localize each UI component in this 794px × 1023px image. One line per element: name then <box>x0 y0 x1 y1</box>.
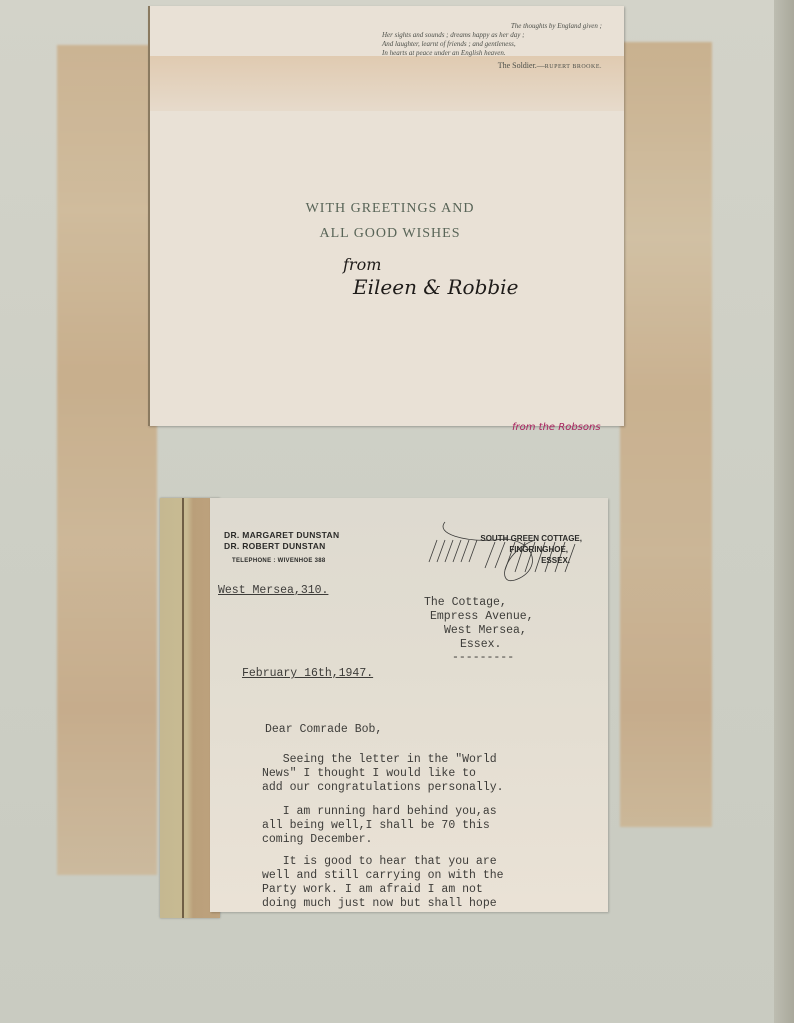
paragraph-line: News" I thought I would like to <box>262 766 476 781</box>
poem-title: The Soldier.— <box>498 61 545 70</box>
page-edge <box>774 0 794 1023</box>
poem-author: RUPERT BROOKE. <box>545 64 602 70</box>
greeting-line: WITH GREETINGS AND <box>290 196 490 221</box>
glue-stain-left <box>57 45 157 875</box>
signature-from: from <box>343 254 518 276</box>
paragraph-line: It is good to hear that you are <box>262 854 497 869</box>
paragraph-line: coming December. <box>262 832 372 847</box>
recipient-address-line: The Cottage, <box>424 595 507 610</box>
poem-line: The thoughts by England given ; <box>382 22 602 31</box>
typed-letter: DR. MARGARET DUNSTAN DR. ROBERT DUNSTAN … <box>210 498 608 912</box>
letterhead-address: SOUTH GREEN COTTAGE, FINGRINGHOE, ESSEX. <box>432 533 582 566</box>
paragraph-line: well and still carrying on with the <box>262 868 504 883</box>
poem-attribution: The Soldier.—RUPERT BROOKE. <box>382 61 602 72</box>
address-rule: --------- <box>452 650 514 665</box>
letterhead-address-line: FINGRINGHOE, <box>432 544 568 555</box>
letterhead-name: DR. MARGARET DUNSTAN <box>224 530 339 541</box>
paragraph-line: Seeing the letter in the "World <box>262 752 497 767</box>
poem-line: Her sights and sounds ; dreams happy as … <box>382 31 602 40</box>
letterhead-telephone: TELEPHONE : WIVENHOE 388 <box>232 558 326 564</box>
handwritten-signature: from Eileen & Robbie <box>335 254 518 298</box>
typed-phone: West Mersea,310. <box>218 583 328 598</box>
salutation: Dear Comrade Bob, <box>265 722 382 737</box>
paragraph-line: add our congratulations personally. <box>262 780 504 795</box>
letter-date: February 16th,1947. <box>242 666 373 681</box>
letterhead-address-line: SOUTH GREEN COTTAGE, <box>432 533 582 544</box>
greeting-card: The thoughts by England given ; Her sigh… <box>148 6 624 426</box>
letterhead-address-line: ESSEX. <box>432 555 570 566</box>
greeting-line: ALL GOOD WISHES <box>290 221 490 246</box>
glue-stain-right <box>620 42 712 827</box>
greeting-text: WITH GREETINGS AND ALL GOOD WISHES <box>290 196 490 246</box>
letterhead-names: DR. MARGARET DUNSTAN DR. ROBERT DUNSTAN <box>224 530 339 552</box>
poem-line: And laughter, learnt of friends ; and ge… <box>382 40 602 49</box>
poem-line: In hearts at peace under an English heav… <box>382 49 602 58</box>
signature-names: Eileen & Robbie <box>353 276 518 298</box>
paragraph-line: doing much just now but shall hope <box>262 896 497 911</box>
paragraph-line: I am running hard behind you,as <box>262 804 497 819</box>
poem-quote: The thoughts by England given ; Her sigh… <box>382 22 602 72</box>
letterhead-name: DR. ROBERT DUNSTAN <box>224 541 339 552</box>
tape-fold <box>182 498 184 918</box>
handwritten-annotation: from the Robsons <box>512 422 601 433</box>
paragraph-line: Party work. I am afraid I am not <box>262 882 483 897</box>
paragraph-line: all being well,I shall be 70 this <box>262 818 490 833</box>
recipient-address-line: West Mersea, <box>444 623 527 638</box>
recipient-address-line: Empress Avenue, <box>430 609 534 624</box>
